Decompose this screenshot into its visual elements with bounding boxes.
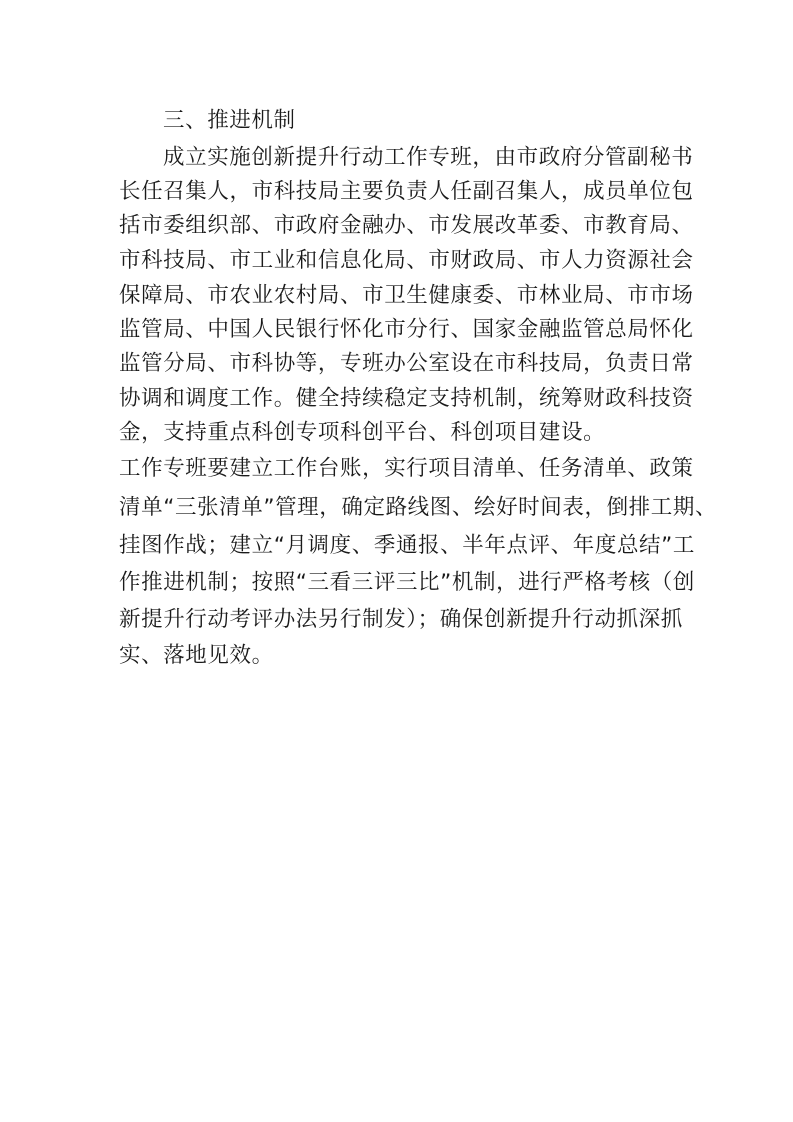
section-heading: 三、推进机制 [163,108,296,134]
paragraph-line: 市科技局、市工业和信息化局、市财政局、市人力资源社会 [119,248,694,274]
paragraph-line: 括市委组织部、市政府金融办、市发展改革委、市教育局、 [119,213,694,239]
paragraph-line: 成立实施创新提升行动工作专班，由市政府分管副秘书 [163,145,693,171]
paragraph-line: 长任召集人，市科技局主要负责人任副召集人，成员单位包 [119,179,694,205]
paragraph-line: 监管局、中国人民银行怀化市分行、国家金融监管总局怀化 [119,317,694,343]
paragraph-line: 清单“三张清单”管理，确定路线图、绘好时间表，倒排工期、 [119,495,717,521]
paragraph-line: 新提升行动考评办法另行制发）；确保创新提升行动抓深抓 [119,607,683,633]
paragraph-line: 挂图作战；建立“月调度、季通报、半年点评、年度总结”工 [119,533,695,559]
paragraph-line: 作推进机制；按照“三看三评三比”机制，进行严格考核（创 [119,570,695,596]
paragraph-line: 协调和调度工作。健全持续稳定支持机制，统筹财政科技资 [119,386,694,412]
document-page: 三、推进机制 成立实施创新提升行动工作专班，由市政府分管副秘书 长任召集人，市科… [0,0,793,1122]
paragraph-line: 金，支持重点科创专项科创平台、科创项目建设。 [119,420,605,446]
paragraph-line: 工作专班要建立工作台账，实行项目清单、任务清单、政策 [119,456,694,482]
paragraph-line: 监管分局、市科协等，专班办公室设在市科技局，负责日常 [119,351,694,377]
paragraph-line: 保障局、市农业农村局、市卫生健康委、市林业局、市市场 [119,283,694,309]
paragraph-line: 实、落地见效。 [119,643,274,669]
